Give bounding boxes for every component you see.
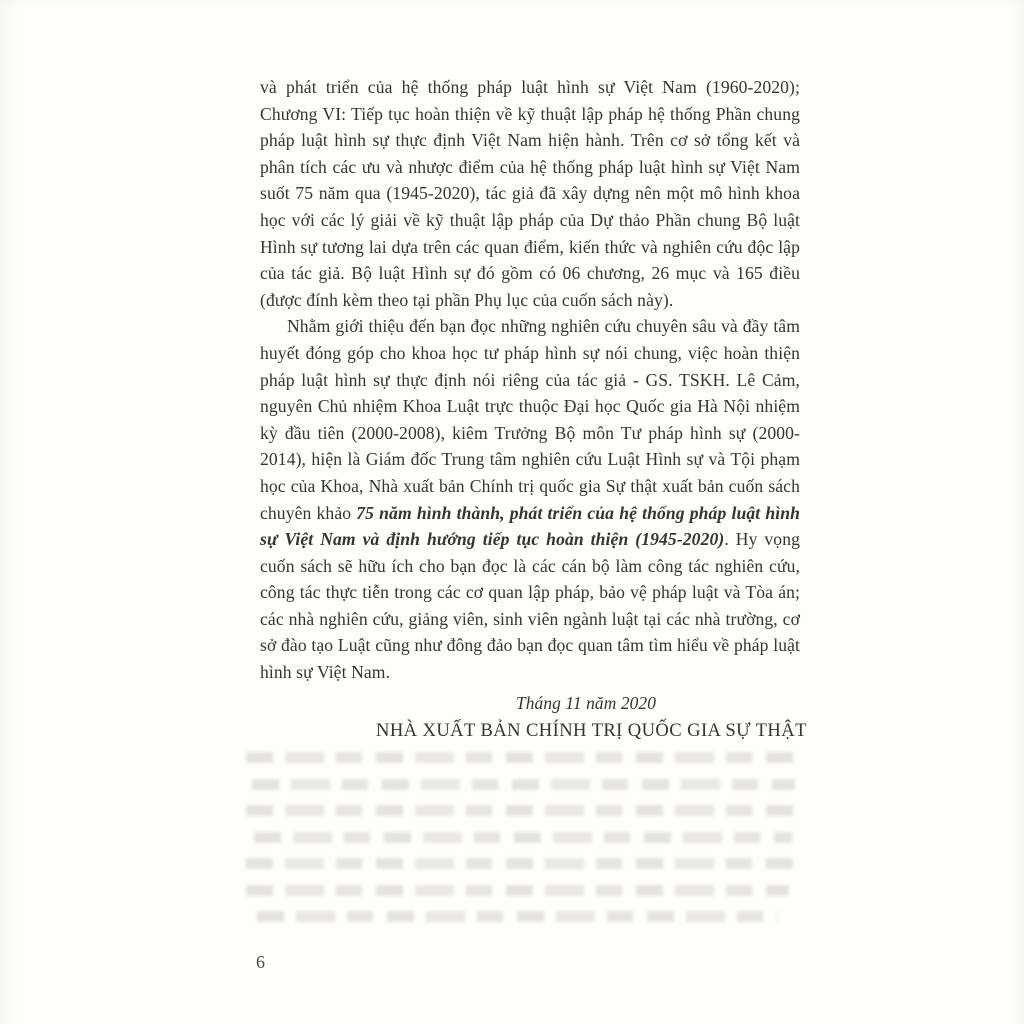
bleedthrough-line <box>246 752 800 763</box>
reverse-page-bleedthrough-text <box>246 752 806 938</box>
bleedthrough-line <box>254 832 792 843</box>
bleedthrough-line <box>246 858 800 869</box>
bleedthrough-line <box>257 911 778 922</box>
signature-publisher-name: NHÀ XUẤT BẢN CHÍNH TRỊ QUỐC GIA SỰ THẬT <box>376 717 796 744</box>
signature-inner: Tháng 11 năm 2020 NHÀ XUẤT BẢN CHÍNH TRỊ… <box>376 690 796 744</box>
paragraph-continued-from-previous-page: và phát triển của hệ thống pháp luật hìn… <box>260 74 800 313</box>
page-number: 6 <box>256 950 265 974</box>
paragraph1-text: và phát triển của hệ thống pháp luật hìn… <box>260 77 800 310</box>
paragraph2-text-after-title: . Hy vọng cuốn sách sẽ hữu ích cho bạn đ… <box>260 529 800 682</box>
bleedthrough-line <box>246 885 789 896</box>
paragraph-publisher-introduction: Nhằm giới thiệu đến bạn đọc những nghiên… <box>260 313 800 685</box>
signature-block: Tháng 11 năm 2020 NHÀ XUẤT BẢN CHÍNH TRỊ… <box>260 690 800 744</box>
bleedthrough-line <box>252 779 795 790</box>
signature-date: Tháng 11 năm 2020 <box>376 690 796 717</box>
bleedthrough-line <box>246 805 795 816</box>
paragraph2-text-before-title: Nhằm giới thiệu đến bạn đọc những nghiên… <box>260 316 800 522</box>
book-page-text-column: và phát triển của hệ thống pháp luật hìn… <box>260 74 800 744</box>
